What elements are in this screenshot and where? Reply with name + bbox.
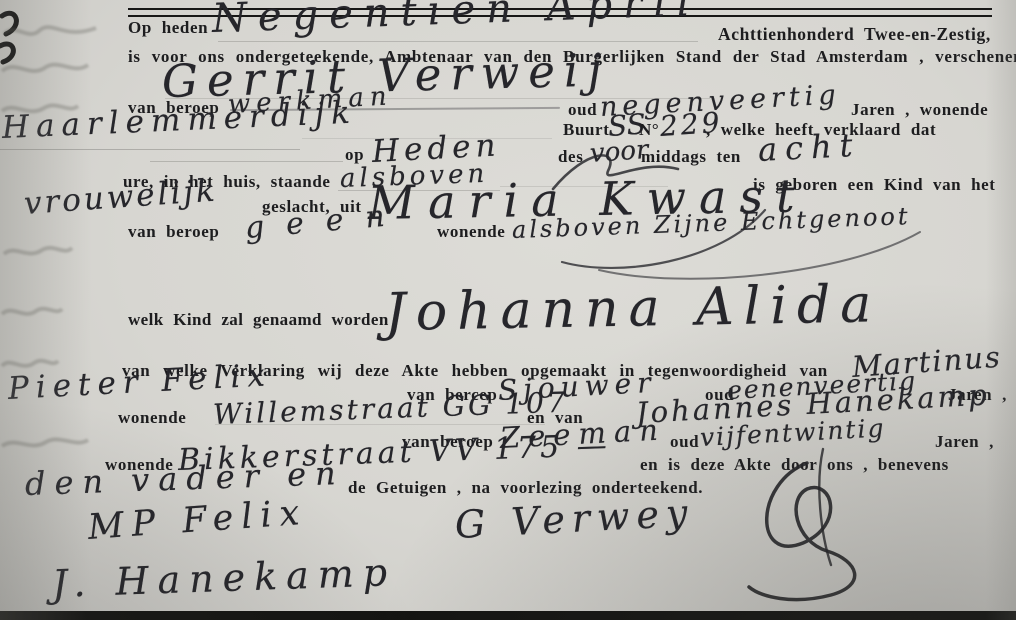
registrar-signature-paraph: [735, 445, 925, 610]
pen-flourish: [548, 143, 683, 198]
printed-jaren-2: Jaren ,: [935, 432, 994, 452]
signature-declarant: G Verwey: [454, 490, 696, 546]
pen-flourish: [595, 220, 925, 290]
form-hairline: [215, 424, 545, 425]
printed-year: Achttienhonderd Twee-en-Zestig,: [718, 24, 991, 45]
bleedthrough-mark: [0, 430, 90, 456]
form-hairline: [0, 149, 300, 150]
bleedthrough-mark: [0, 96, 80, 122]
hw-date: Negentien April: [211, 0, 701, 42]
form-hairline: [218, 41, 698, 42]
printed-buurt: Buurt: [563, 120, 609, 140]
printed-oud-3: oud: [670, 432, 699, 452]
scan-edge-bar: [0, 611, 1016, 620]
scanned-birth-record-page: Op heden Negentien April Achttienhonderd…: [0, 0, 1016, 620]
bleedthrough-mark: [0, 352, 60, 376]
hw-child-gender: vrouwelijk: [23, 173, 219, 222]
printed-welk-kind: welk Kind zal genaamd worden: [128, 310, 389, 330]
printed-jaren-wonende: Jaren , wonende: [851, 100, 988, 120]
printed-wonende-1: wonende: [437, 222, 505, 242]
printed-van-beroep-2: van beroep: [128, 222, 219, 242]
bleedthrough-mark: [0, 55, 90, 83]
printed-wonende-2: wonende: [118, 408, 186, 428]
printed-op: op: [345, 145, 364, 165]
bleedthrough-mark: [2, 16, 98, 46]
bleedthrough-mark: [2, 238, 74, 264]
bleedthrough-mark: [0, 300, 64, 324]
hw-birth-hour: acht: [757, 126, 861, 169]
form-hairline: [150, 161, 343, 162]
signature-witness1: MP Felix: [87, 493, 309, 548]
printed-oud-1: oud: [568, 100, 597, 120]
signature-witness2: J. Hanekamp: [51, 550, 397, 606]
printed-op-heden: Op heden: [128, 18, 208, 38]
